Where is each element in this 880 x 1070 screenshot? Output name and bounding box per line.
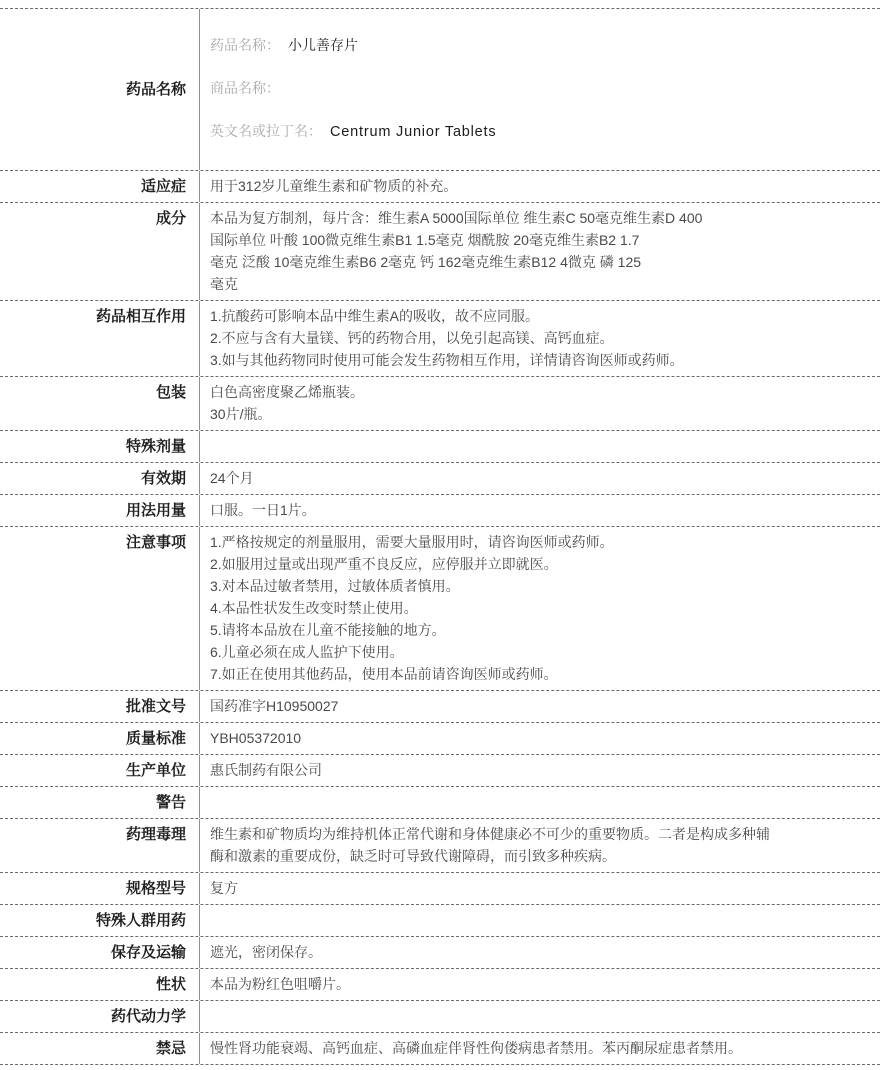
row-precautions: 注意事项 1.严格按规定的剂量服用，需要大量服用时，请咨询医师或药师。 2.如服… — [0, 526, 880, 690]
row-label-packaging: 包装 — [0, 377, 200, 430]
row-content-manufacturer: 惠氏制药有限公司 — [200, 755, 880, 786]
row-content-specification: 复方 — [200, 873, 880, 904]
row-pharmacokinetics: 药代动力学 — [0, 1000, 880, 1032]
row-specification: 规格型号 复方 — [0, 872, 880, 904]
row-content-indications: 用于312岁儿童维生素和矿物质的补充。 — [200, 171, 880, 202]
row-label-description: 性状 — [0, 969, 200, 1000]
row-label-dosage-usage: 用法用量 — [0, 495, 200, 526]
row-label-warning: 警告 — [0, 787, 200, 818]
row-manufacturer: 生产单位 惠氏制药有限公司 — [0, 754, 880, 786]
row-content-pharmacology-toxicology: 维生素和矿物质均为维持机体正常代谢和身体健康必不可少的重要物质。二者是构成多种辅… — [200, 819, 880, 872]
row-description: 性状 本品为粉红色咀嚼片。 — [0, 968, 880, 1000]
row-quality-standard: 质量标准 YBH05372010 — [0, 722, 880, 754]
row-drug-name: 药品名称 药品名称：小儿善存片 商品名称： 英文名或拉丁名：Centrum Ju… — [0, 8, 880, 170]
row-label-special-population: 特殊人群用药 — [0, 905, 200, 936]
row-label-drug-interactions: 药品相互作用 — [0, 301, 200, 376]
trade-name-line: 商品名称： — [210, 78, 870, 99]
row-content-description: 本品为粉红色咀嚼片。 — [200, 969, 880, 1000]
row-content-drug-interactions: 1.抗酸药可影响本品中维生素A的吸收，故不应同服。 2.不应与含有大量镁、钙的药… — [200, 301, 880, 376]
row-dosage-usage: 用法用量 口服。一日1片。 — [0, 494, 880, 526]
row-label-storage-transport: 保存及运输 — [0, 937, 200, 968]
row-content-packaging: 白色高密度聚乙烯瓶装。 30片/瓶。 — [200, 377, 880, 430]
row-content-special-dosage — [200, 431, 880, 462]
row-content-pharmacokinetics — [200, 1001, 880, 1032]
row-content-contraindications: 慢性肾功能衰竭、高钙血症、高磷血症伴肾性佝偻病患者禁用。苯丙酮尿症患者禁用。 — [200, 1033, 880, 1064]
row-content-dosage-usage: 口服。一日1片。 — [200, 495, 880, 526]
row-content-storage-transport: 遮光，密闭保存。 — [200, 937, 880, 968]
row-drug-interactions: 药品相互作用 1.抗酸药可影响本品中维生素A的吸收，故不应同服。 2.不应与含有… — [0, 300, 880, 376]
row-packaging: 包装 白色高密度聚乙烯瓶装。 30片/瓶。 — [0, 376, 880, 430]
row-shelf-life: 有效期 24个月 — [0, 462, 880, 494]
row-content-ingredients: 本品为复方制剂，每片含：维生素A 5000国际单位 维生素C 50毫克维生素D … — [200, 203, 880, 300]
row-content-precautions: 1.严格按规定的剂量服用，需要大量服用时，请咨询医师或药师。 2.如服用过量或出… — [200, 527, 880, 690]
row-special-dosage: 特殊剂量 — [0, 430, 880, 462]
drug-name-value: 小儿善存片 — [288, 37, 358, 53]
row-contraindications: 禁忌 慢性肾功能衰竭、高钙血症、高磷血症伴肾性佝偻病患者禁用。苯丙酮尿症患者禁用… — [0, 1032, 880, 1064]
row-label-approval-number: 批准文号 — [0, 691, 200, 722]
trade-name-key: 商品名称： — [210, 80, 280, 96]
drug-name-key: 药品名称： — [210, 37, 280, 53]
row-content-warning — [200, 787, 880, 818]
row-ingredients: 成分 本品为复方制剂，每片含：维生素A 5000国际单位 维生素C 50毫克维生… — [0, 202, 880, 300]
row-warning: 警告 — [0, 786, 880, 818]
row-label-quality-standard: 质量标准 — [0, 723, 200, 754]
row-content-drug-name: 药品名称：小儿善存片 商品名称： 英文名或拉丁名：Centrum Junior … — [200, 9, 880, 170]
row-label-manufacturer: 生产单位 — [0, 755, 200, 786]
row-label-shelf-life: 有效期 — [0, 463, 200, 494]
row-label-specification: 规格型号 — [0, 873, 200, 904]
row-storage-transport: 保存及运输 遮光，密闭保存。 — [0, 936, 880, 968]
row-content-approval-number: 国药准字H10950027 — [200, 691, 880, 722]
row-label-special-dosage: 特殊剂量 — [0, 431, 200, 462]
row-special-population: 特殊人群用药 — [0, 904, 880, 936]
english-name-key: 英文名或拉丁名： — [210, 123, 322, 139]
row-content-shelf-life: 24个月 — [200, 463, 880, 494]
row-label-contraindications: 禁忌 — [0, 1033, 200, 1064]
row-pharmacology-toxicology: 药理毒理 维生素和矿物质均为维持机体正常代谢和身体健康必不可少的重要物质。二者是… — [0, 818, 880, 872]
drug-info-table: 药品名称 药品名称：小儿善存片 商品名称： 英文名或拉丁名：Centrum Ju… — [0, 8, 880, 1065]
row-approval-number: 批准文号 国药准字H10950027 — [0, 690, 880, 722]
row-content-quality-standard: YBH05372010 — [200, 723, 880, 754]
drug-name-line: 药品名称：小儿善存片 — [210, 35, 870, 56]
row-label-drug-name: 药品名称 — [0, 9, 200, 170]
row-label-indications: 适应症 — [0, 171, 200, 202]
row-content-special-population — [200, 905, 880, 936]
english-name-value: Centrum Junior Tablets — [330, 124, 496, 140]
row-label-pharmacology-toxicology: 药理毒理 — [0, 819, 200, 872]
row-label-ingredients: 成分 — [0, 203, 200, 300]
row-indications: 适应症 用于312岁儿童维生素和矿物质的补充。 — [0, 170, 880, 202]
row-label-pharmacokinetics: 药代动力学 — [0, 1001, 200, 1032]
row-label-precautions: 注意事项 — [0, 527, 200, 690]
english-name-line: 英文名或拉丁名：Centrum Junior Tablets — [210, 121, 870, 143]
